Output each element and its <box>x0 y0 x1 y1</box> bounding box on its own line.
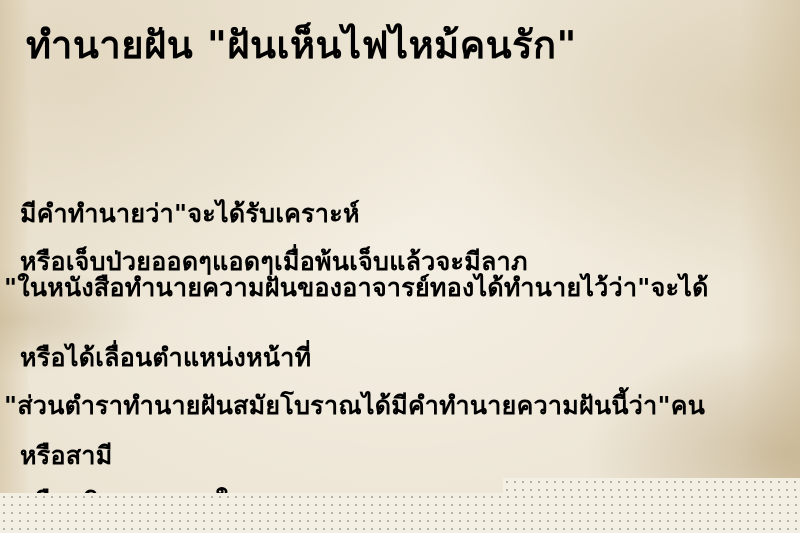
dotted-overlay-top <box>503 478 800 494</box>
text-line-5: "ส่วนตำราทำนายฝันสมัยโบราณได้มีคำทำนายคว… <box>4 386 705 426</box>
page-title: ทำนายฝัน "ฝันเห็นไฟไหม้คนรัก" <box>26 14 577 75</box>
dotted-overlay <box>0 493 800 533</box>
text-line-6: หรือสามี <box>20 436 113 476</box>
text-line-4: หรือได้เลื่อนตำแหน่งหน้าที่ <box>20 338 311 378</box>
text-line-3: "ในหนังสือทำนายความฝันของอาจารย์ทองได้ทำ… <box>4 268 709 308</box>
text-line-1: มีคำทำนายว่า"จะได้รับเคราะห์ <box>20 194 360 234</box>
paper-texture-right <box>740 0 800 533</box>
